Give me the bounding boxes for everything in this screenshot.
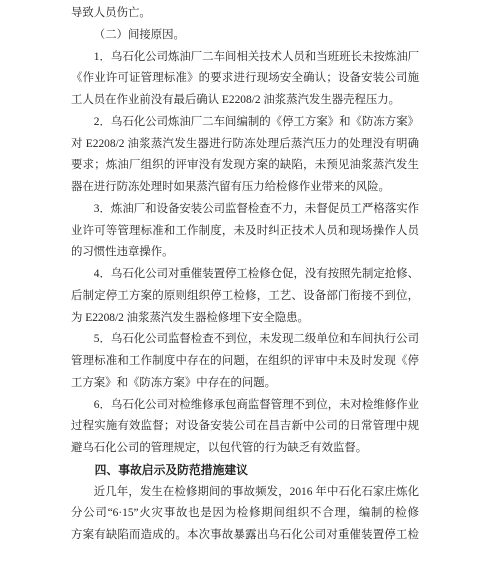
text-line: 《作业许可证管理标准》的要求进行现场安全确认；设备安装公司施: [71, 68, 419, 90]
text-line: 工方案》和《防冻方案》中存在的问题。: [71, 373, 419, 395]
text-line: 过程实施有效监督；对设备安装公司在昌吉新中公司的日常管理中规: [71, 416, 419, 438]
text-line: 分公司“6·15”火灾事故也是因为检修期间组织不合理，编制的检修: [71, 503, 419, 525]
document-page: 导致人员伤亡。（二）间接原因。1．乌石化公司炼油厂二车间相关技术人员和当班班长未…: [0, 0, 477, 567]
text-line: 5．乌石化公司监督检查不到位，未发现二级单位和车间执行公司: [71, 329, 419, 351]
text-line: 器在进行防冻处理时如果蒸汽留有压力给检修作业带来的风险。: [71, 177, 419, 199]
text-line: 的习惯性违章操作。: [71, 242, 419, 264]
text-line: 1．乌石化公司炼油厂二车间相关技术人员和当班班长未按炼油厂: [71, 47, 419, 69]
text-line: 避乌石化公司的管理规定，以包代管的行为缺乏有效监督。: [71, 438, 419, 460]
document-text-block: 导致人员伤亡。（二）间接原因。1．乌石化公司炼油厂二车间相关技术人员和当班班长未…: [71, 3, 419, 547]
text-line: （二）间接原因。: [71, 25, 419, 47]
text-line: 4．乌石化公司对重催装置停工检修仓促，没有按照先制定抢修、: [71, 264, 419, 286]
text-line: 后制定停工方案的原则组织停工检修，工艺、设备部门衔接不到位，: [71, 286, 419, 308]
text-line: 方案有缺陷而造成的。本次事故暴露出乌石化公司对重催装置停工检: [71, 525, 419, 547]
text-line: 对 E2208/2 油浆蒸汽发生器进行防冻处理后蒸汽压力的处理没有明确: [71, 134, 419, 156]
text-line: 近几年，发生在检修期间的事故频发，2016 年中石化石家庄炼化: [71, 482, 419, 504]
text-line: 为 E2208/2 油浆蒸汽发生器检修埋下安全隐患。: [71, 308, 419, 330]
text-line: 工人员在作业前没有最后确认 E2208/2 油浆蒸汽发生器壳程压力。: [71, 90, 419, 112]
text-line: 要求；炼油厂组织的评审没有发现方案的缺陷，未预见油浆蒸汽发生: [71, 155, 419, 177]
text-line: 导致人员伤亡。: [71, 3, 419, 25]
text-line: 业许可等管理标准和工作制度，未及时纠正技术人员和现场操作人员: [71, 221, 419, 243]
section-heading: 四、事故启示及防范措施建议: [71, 460, 419, 482]
text-line: 管理标准和工作制度中存在的问题，在组织的评审中未及时发现《停: [71, 351, 419, 373]
text-line: 3．炼油厂和设备安装公司监督检查不力，未督促员工严格落实作: [71, 199, 419, 221]
text-line: 6．乌石化公司对检维修承包商监督管理不到位，未对检维修作业: [71, 395, 419, 417]
text-line: 2．乌石化公司炼油厂二车间编制的《停工方案》和《防冻方案》: [71, 112, 419, 134]
